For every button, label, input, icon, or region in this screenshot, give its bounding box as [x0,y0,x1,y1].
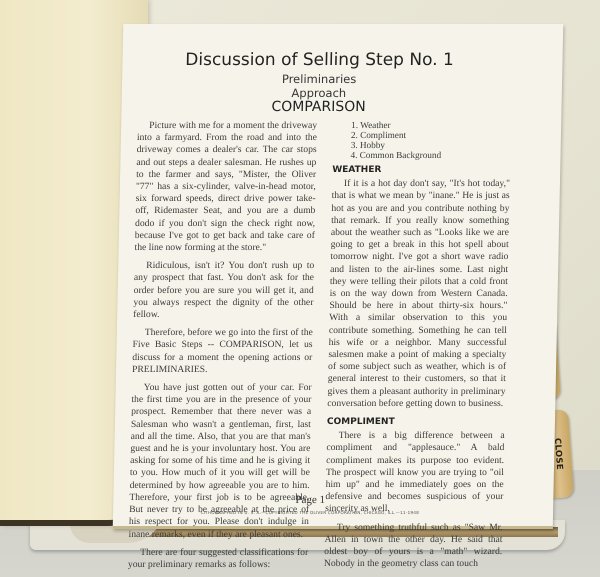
paragraph: Therefore, before we go into the first o… [132,327,313,376]
paragraph: You have just gotten out of your car. Fo… [128,382,311,541]
list-item: 4. Common Background [350,150,510,160]
compliment-heading: COMPLIMENT [327,416,505,428]
page-number: Page 1 [125,494,495,506]
paragraph: If it is a hot day don't say, "It's hot … [327,178,510,410]
list-item: 3. Hobby [351,140,511,150]
left-column: Picture with me for a moment the drivewa… [128,120,318,577]
paragraph: Picture with me for a moment the drivewa… [134,120,317,254]
list-item: 2. Compliment [351,130,511,140]
page-title: Discussion of Selling Step No. 1 [134,50,504,70]
weather-heading: WEATHER [332,164,510,176]
paragraph: Ridiculous, isn't it? You don't rush up … [133,260,314,321]
copyright-footer: LITHOGRAPHED IN U. S. A.—COPYRIGHTED THE… [125,510,495,515]
subtitle-approach: Approach [134,86,504,100]
list-item: 1. Weather [351,120,511,130]
paragraph: Try something truthful such as "Saw Mr. … [324,522,503,571]
subtitle-preliminaries: Preliminaries [134,72,504,86]
classification-list: 1. Weather 2. Compliment 3. Hobby 4. Com… [350,120,511,160]
right-column: 1. Weather 2. Compliment 3. Hobby 4. Com… [324,120,512,577]
document-page: Discussion of Selling Step No. 1 Prelimi… [113,24,564,529]
subtitle-comparison: COMPARISON [133,99,503,115]
paragraph: There are four suggested classifications… [128,547,309,571]
